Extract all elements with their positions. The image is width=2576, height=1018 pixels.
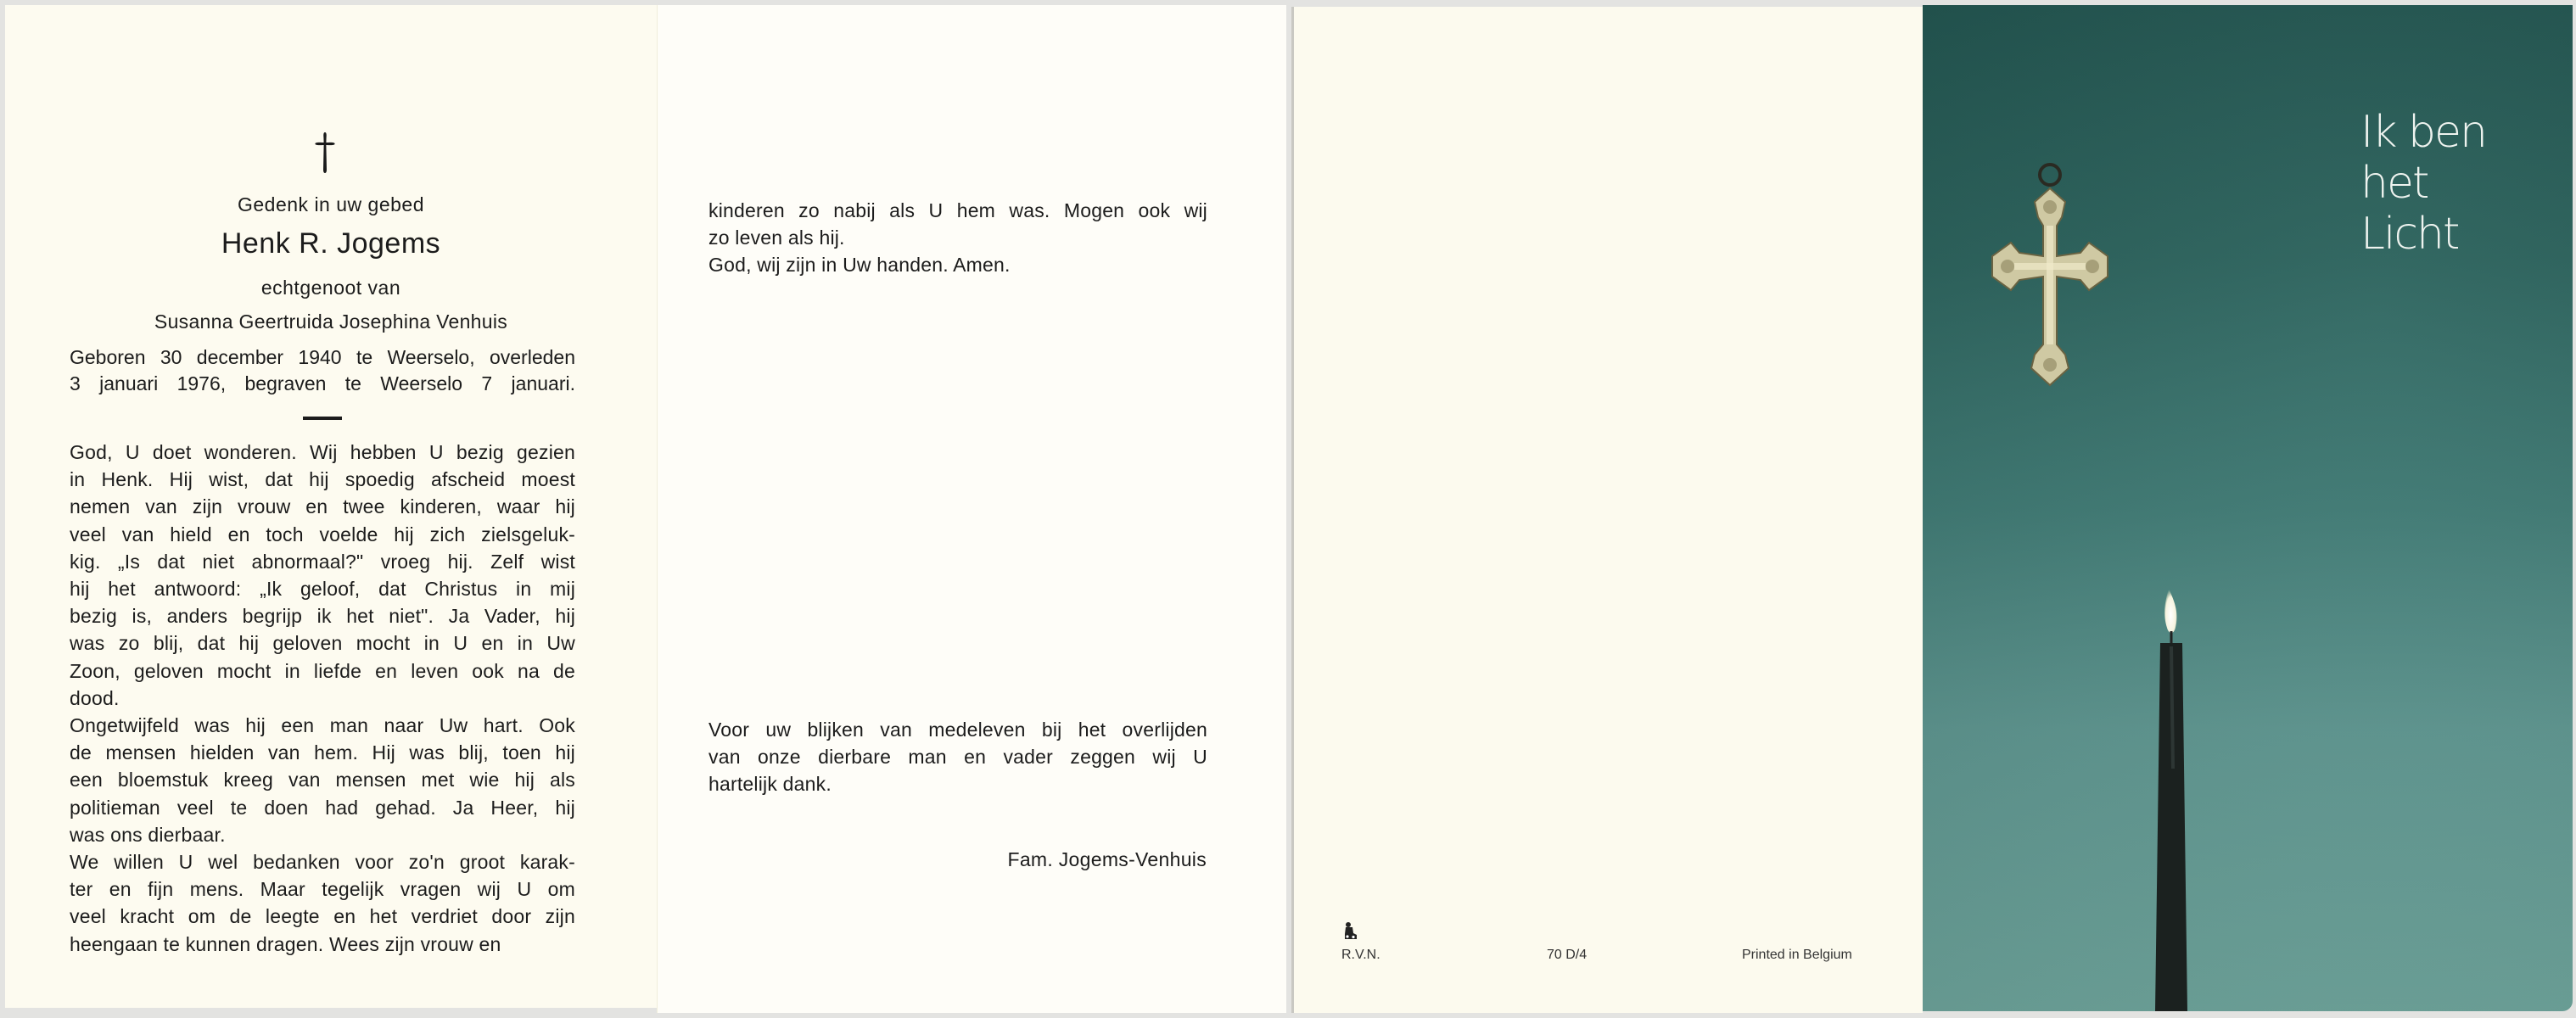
text-line: was ons dierbaar. [70, 821, 575, 848]
deceased-name: Henk R. Jogems [5, 227, 657, 260]
card-cover: Ik ben het Licht [1923, 5, 2573, 1011]
prayer-continued-text: kinderen zo nabij als U hem was. Mogen o… [708, 197, 1207, 279]
spouse-name: Susanna Geertruida Josephina Venhuis [5, 310, 657, 333]
card-panel-left: Gedenk in uw gebed Henk R. Jogems echtge… [5, 5, 657, 1008]
text-line: Zoon, geloven mocht in liefde en leven o… [70, 657, 575, 685]
text-line: dood. [70, 685, 575, 712]
latin-cross-icon [311, 131, 339, 175]
text-line: van onze dierbare man en vader zeggen wi… [708, 743, 1207, 770]
text-line: God, wij zijn in Uw handen. Amen. [708, 251, 1207, 278]
text-line: bezig is, anders begrijp ik het niet". J… [70, 602, 575, 629]
text-line: kinderen zo nabij als U hem was. Mogen o… [708, 197, 1207, 224]
text-line: was zo blij, dat hij geloven mocht in U … [70, 629, 575, 657]
text-line: Ongetwijfeld was hij een man naar Uw har… [70, 712, 575, 739]
text-line: heengaan te kunnen dragen. Wees zijn vro… [70, 931, 575, 958]
family-signature: Fam. Jogems-Venhuis [1007, 848, 1207, 871]
publisher-text: R.V.N. [1341, 948, 1380, 963]
publisher-logo-icon [1343, 921, 1358, 940]
text-line: nemen van zijn vrouw en twee kinderen, w… [70, 493, 575, 520]
text-line: hij het antwoord: „Ik geloof, dat Christ… [70, 575, 575, 602]
text-line: de mensen hielden van hem. Hij was blij,… [70, 739, 575, 766]
card-panel-back: R.V.N. 70 D/4 Printed in Belgium [1291, 7, 1923, 1013]
text-line: Voor uw blijken van medeleven bij het ov… [708, 716, 1207, 743]
text-line: hartelijk dank. [708, 770, 1207, 797]
text-line: We willen U wel bedanken voor zo'n groot… [70, 848, 575, 875]
card-code: 70 D/4 [1547, 948, 1587, 963]
text-line: zo leven als hij. [708, 224, 1207, 251]
life-dates: Geboren 30 december 1940 te Weerselo, ov… [70, 344, 575, 397]
dates-line: Geboren 30 december 1940 te Weerselo, ov… [70, 344, 575, 371]
text-line: veel kracht om de leegte en het verdriet… [70, 903, 575, 930]
relation-text: echtgenoot van [5, 277, 657, 299]
prayer-text: God, U doet wonderen. Wij hebben U bezig… [70, 439, 575, 958]
thanks-text: Voor uw blijken van medeleven bij het ov… [708, 716, 1207, 798]
text-line: in Henk. Hij wist, dat hij spoedig afsch… [70, 466, 575, 493]
text-line: veel van hield en toch voelde hij zich z… [70, 521, 575, 548]
printed-in-text: Printed in Belgium [1742, 948, 1852, 963]
text-line: politieman veel te doen had gehad. Ja He… [70, 794, 575, 821]
intro-text: Gedenk in uw gebed [5, 193, 657, 216]
divider [303, 417, 342, 420]
text-line: ter en fijn mens. Maar tegelijk vragen w… [70, 875, 575, 903]
text-line: God, U doet wonderen. Wij hebben U bezig… [70, 439, 575, 466]
candle-icon [1923, 5, 2573, 1011]
text-line: kig. „Is dat niet abnormaal?" vroeg hij.… [70, 548, 575, 575]
card-panel-middle: kinderen zo nabij als U hem was. Mogen o… [657, 5, 1286, 1013]
text-line: een bloemstuk kreeg van mensen met wie h… [70, 766, 575, 793]
dates-line: 3 januari 1976, begraven te Weerselo 7 j… [70, 371, 575, 397]
